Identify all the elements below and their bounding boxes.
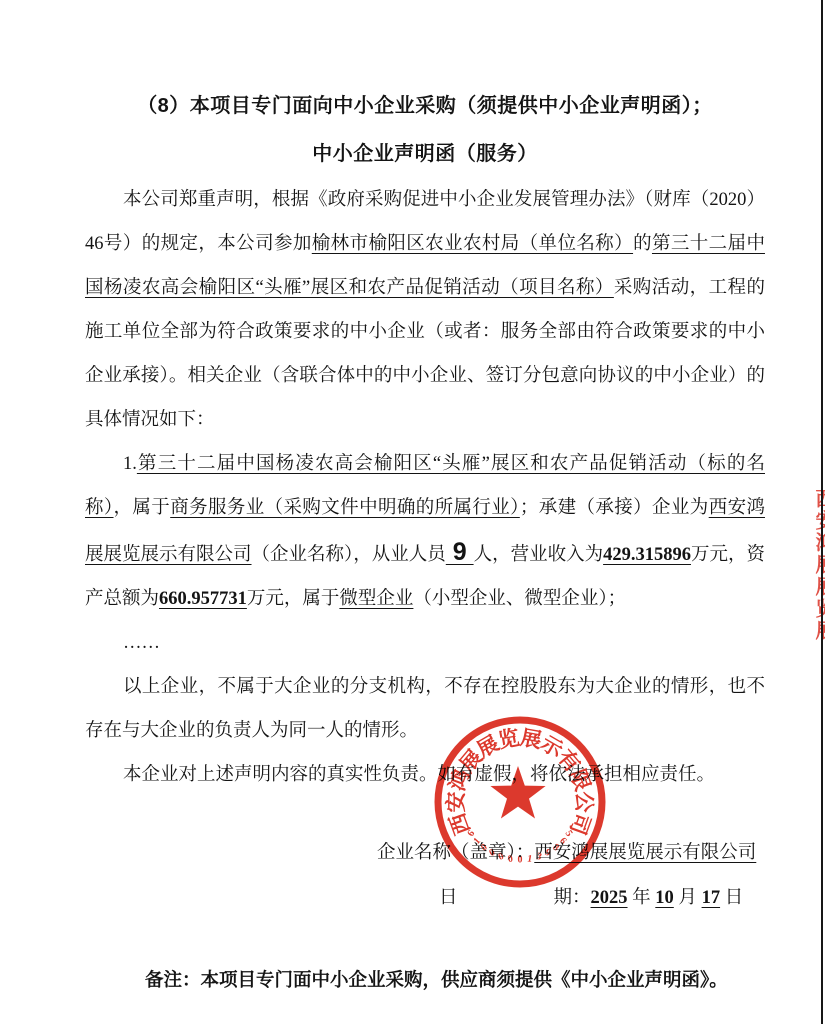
heading-line-2: 中小企业声明函（服务） (85, 140, 765, 168)
seal-number-digit: 3 (535, 851, 543, 863)
seal-number-digit: 1 (526, 853, 533, 865)
note-label: 备注： (145, 969, 201, 990)
text-segment: 9 (446, 538, 474, 566)
seal-company-char: 公 (572, 792, 596, 813)
page-edge-line (821, 0, 823, 1024)
text-segment: 榆林市榆阳区农业农村局（单位名称） (312, 234, 633, 254)
text-segment: 本企业对上述声明内容的真实性负责。如有虚假，将依法承担相应责任。 (123, 765, 715, 785)
date-month-value: 10 (655, 888, 674, 908)
heading-line-1: （8）本项目专门面向中小企业采购（须提供中小企业声明函）； (85, 92, 765, 120)
text-segment: 微型企业 (339, 589, 413, 609)
date-month-unit: 月 (678, 888, 697, 908)
text-segment: …… (123, 633, 160, 653)
date-year-unit: 年 (632, 888, 651, 908)
company-seal: 西安鸿展展览展示有限公司6100000139865 (425, 707, 615, 897)
text-segment: 万元，属于 (247, 589, 340, 609)
text-segment: 429.315896 (603, 545, 691, 565)
seal-company-char: 安 (444, 792, 468, 813)
seal-number-digit: 0 (497, 851, 505, 863)
seal-number-digit: 0 (487, 847, 497, 859)
document-content: （8）本项目专门面向中小企业采购（须提供中小企业声明函）； 中小企业声明函（服务… (0, 0, 825, 993)
declaration-paragraph: 本公司郑重声明，根据《政府采购促进中小企业发展管理办法》（财库（2020）46号… (85, 178, 765, 442)
body-paragraphs: 本公司郑重声明，根据《政府采购促进中小企业发展管理办法》（财库（2020）46号… (85, 178, 765, 797)
text-segment: 商务服务业（采购文件中明确的所属行业） (170, 498, 520, 518)
seal-number-digit: 5 (563, 829, 575, 839)
seal-star-icon (490, 766, 545, 819)
edge-stamp-fragment: 西安鸿展展览展 (813, 488, 825, 642)
seal-number-digit: 0 (507, 853, 514, 865)
text-segment: 的 (633, 234, 652, 254)
date-day-value: 17 (702, 888, 721, 908)
document-page: （8）本项目专门面向中小企业采购（须提供中小企业声明函）； 中小企业声明函（服务… (0, 0, 825, 1024)
seal-company-char: 览 (496, 725, 521, 752)
text-segment: （小型企业、微型企业）； (413, 589, 626, 609)
note-text: 本项目专门面中小企业采购，供应商须提供《中小企业声明函》。 (201, 969, 728, 990)
item-1-paragraph: 1.第三十二届中国杨凌农高会榆阳区“头雁”展区和农产品促销活动（标的名称），属于… (85, 442, 765, 621)
date-day-unit: 日 (725, 888, 744, 908)
seal-number-digit: 0 (518, 855, 523, 866)
text-segment: 1. (123, 454, 137, 474)
text-segment: ，属于 (114, 498, 171, 518)
text-segment: ；承建（承接）企业为 (520, 498, 709, 518)
text-segment: 采购活动，工程的施工单位全部为符合政策要求的中小企业（或者：服务全部由符合政策要… (85, 278, 765, 430)
text-segment: （企业名称），从业人员 (252, 545, 446, 565)
text-segment: 人，营业收入为 (474, 545, 604, 565)
text-segment: 660.957731 (159, 589, 247, 609)
ellipsis-line: …… (85, 621, 765, 665)
note-line: 备注：本项目专门面中小企业采购，供应商须提供《中小企业声明函》。 (145, 967, 765, 993)
